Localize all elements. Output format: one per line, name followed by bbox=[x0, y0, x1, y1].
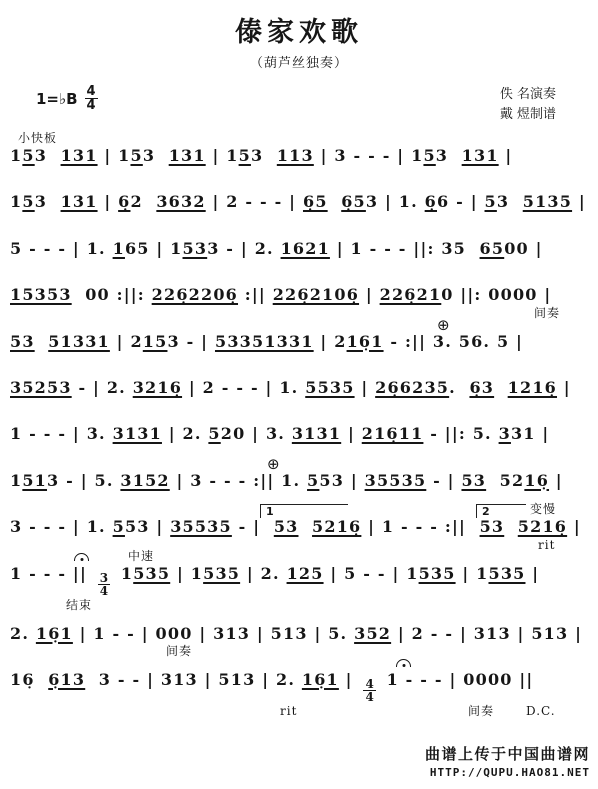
time-signature-top: 4 bbox=[85, 85, 98, 99]
moderato-label: 中速 bbox=[128, 550, 154, 562]
notation-text: 2. 16̣1 | 1 - - | 000 | 313 | 513 | 5. 3… bbox=[10, 625, 594, 643]
notation-text: 153 131 | 6̣2 3632 | 2 - - - | 6̣5 6̣53 … bbox=[10, 193, 594, 211]
notation-text: 3 - - - | 1. 553 | 35535 - | 53 5216̣ | … bbox=[10, 518, 594, 536]
notation-text: 16̣ 6̣13 3 - - | 313 | 513 | 2. 16̣1 | 4… bbox=[10, 671, 594, 703]
score-line-9: 3 - - - | 1. 553 | 35535 - | 53 5216̣ | … bbox=[10, 502, 594, 548]
performer-credit: 佚 名演奏 bbox=[500, 85, 556, 105]
coda-icon: ⊕ bbox=[437, 318, 450, 333]
rit-label: rit bbox=[280, 705, 297, 717]
meta-row: 1=♭B 44 佚 名演奏 戴 煜制谱 bbox=[0, 71, 598, 129]
fermata-icon bbox=[396, 659, 411, 667]
notation-text: 53 51331 | 2153 - | 53351331 | 216̣1 - :… bbox=[10, 333, 594, 351]
score-line-6: 35253 - | 2. 3216̣ | 2 - - - | 1. 5535 |… bbox=[10, 363, 594, 409]
notation-text: 1 - - - | 3. 3131 | 2. 520 | 3. 3131 | 2… bbox=[10, 425, 594, 443]
interlude-label: 间奏 bbox=[468, 705, 494, 717]
score-line-5: 53 51331 | 2153 - | 53351331 | 216̣1 - :… bbox=[10, 317, 594, 363]
notation-text: 15353 00 :||: 226̣2206̣ :|| 226̣2106̣ | … bbox=[10, 286, 594, 304]
score-line-8: 1513 - | 5. 3152 | 3 - - - :|| 1. 553 | … bbox=[10, 456, 594, 502]
watermark-text: 曲谱上传于中国曲谱网 bbox=[425, 743, 590, 764]
key-label: 1=♭B bbox=[36, 90, 78, 108]
dc-label: D.C. bbox=[526, 705, 556, 717]
time-signature: 44 bbox=[85, 85, 98, 112]
score-line-12: 16̣ 6̣13 3 - - | 313 | 513 | 2. 16̣1 | 4… bbox=[10, 655, 594, 715]
score-line-1: 153 131 | 153 131 | 153 113 | 3 - - - | … bbox=[10, 131, 594, 177]
key-signature: 1=♭B 44 bbox=[36, 85, 98, 112]
score-line-4: 15353 00 :||: 226̣2206̣ :|| 226̣2106̣ | … bbox=[10, 270, 594, 316]
notation-text: 1 - - - || 34 1535 | 1535 | 2. 125 | 5 -… bbox=[10, 565, 594, 597]
notation-text: 5 - - - | 1. 165 | 1533 - | 2. 1621 | 1 … bbox=[10, 240, 594, 258]
score-line-3: 5 - - - | 1. 165 | 1533 - | 2. 1621 | 1 … bbox=[10, 224, 594, 270]
score-line-7: 1 - - - | 3. 3131 | 2. 520 | 3. 3131 | 2… bbox=[10, 409, 594, 455]
sheet-music-page: 傣家欢歌 （葫芦丝独奏） 1=♭B 44 佚 名演奏 戴 煜制谱 153 131… bbox=[0, 0, 598, 789]
song-title: 傣家欢歌 bbox=[0, 10, 598, 49]
coda-icon: ⊕ bbox=[267, 457, 280, 472]
notation-text: 153 131 | 153 131 | 153 113 | 3 - - - | … bbox=[10, 147, 594, 165]
volta-2-bracket: 2 bbox=[476, 504, 526, 518]
transcriber-credit: 戴 煜制谱 bbox=[500, 105, 556, 125]
time-signature-bottom: 4 bbox=[85, 99, 98, 112]
inline-time-signature: 44 bbox=[363, 678, 375, 703]
fermata-icon bbox=[74, 553, 89, 561]
credits: 佚 名演奏 戴 煜制谱 bbox=[500, 85, 556, 125]
score: 153 131 | 153 131 | 153 113 | 3 - - - | … bbox=[0, 129, 598, 715]
score-line-10: 1 - - - || 34 1535 | 1535 | 2. 125 | 5 -… bbox=[10, 549, 594, 609]
watermark-url: HTTP://QUPU.HAO81.NET bbox=[425, 766, 590, 779]
song-subtitle: （葫芦丝独奏） bbox=[0, 52, 598, 71]
score-line-2: 153 131 | 6̣2 3632 | 2 - - - | 6̣5 6̣53 … bbox=[10, 177, 594, 223]
notation-text: 1513 - | 5. 3152 | 3 - - - :|| 1. 553 | … bbox=[10, 472, 594, 490]
tempo-mark: 小快板 bbox=[18, 132, 57, 144]
volta-1-bracket: 1 bbox=[260, 504, 348, 518]
footer-watermark: 曲谱上传于中国曲谱网 HTTP://QUPU.HAO81.NET bbox=[425, 743, 590, 779]
notation-text: 35253 - | 2. 3216̣ | 2 - - - | 1. 5535 |… bbox=[10, 379, 594, 397]
slow-down-label: 变慢 bbox=[530, 503, 556, 515]
inline-time-signature: 34 bbox=[98, 572, 110, 597]
score-line-11: 2. 16̣1 | 1 - - | 000 | 313 | 513 | 5. 3… bbox=[10, 609, 594, 655]
